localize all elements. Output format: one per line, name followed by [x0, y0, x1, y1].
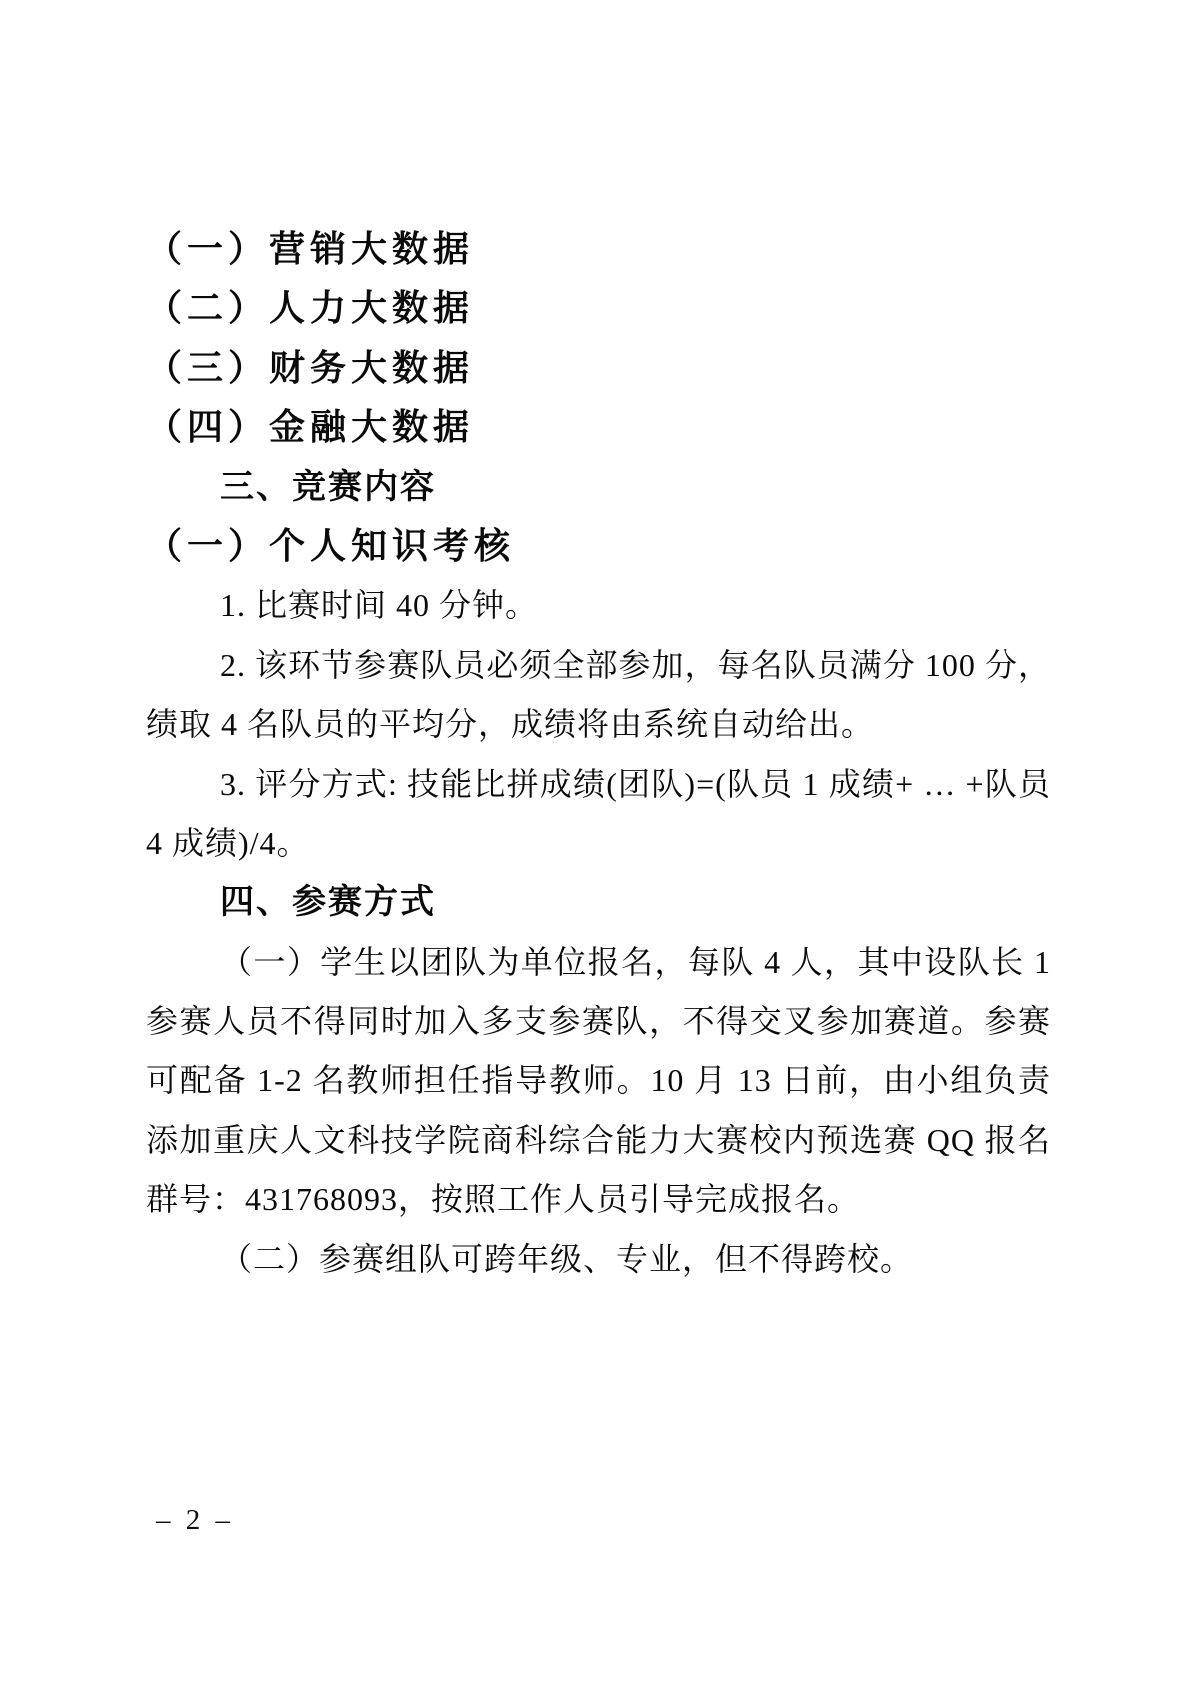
para-cross-grade-rule: （二）参赛组队可跨年级、专业，但不得跨校。 — [146, 1230, 1051, 1289]
subitem-hr-bigdata: （二）人力大数据 — [146, 279, 1051, 338]
para-scoring-rule-cont: 绩取 4 名队员的平均分，成绩将由系统自动给出。 — [146, 695, 1051, 754]
subitem-finance-bigdata: （四）金融大数据 — [146, 398, 1051, 457]
para-scoring-formula-cont: 4 成绩)/4。 — [146, 814, 1051, 873]
document-body: （一）营销大数据 （二）人力大数据 （三）财务大数据 （四）金融大数据 三、竞赛… — [146, 220, 1051, 1289]
section-heading-participation-method: 四、参赛方式 — [146, 873, 1051, 932]
page-number: – 2 – — [156, 1500, 234, 1540]
para-team-registration-cont-2: 可配备 1-2 名教师担任指导教师。10 月 13 日前，由小组负责人 — [146, 1051, 1051, 1110]
subheading-individual-knowledge-test: （一）个人知识考核 — [146, 517, 1051, 576]
para-team-registration: （一）学生以团队为单位报名，每队 4 人，其中设队长 1 名， — [146, 933, 1051, 992]
para-team-registration-cont-3: 添加重庆人文科技学院商科综合能力大赛校内预选赛 QQ 报名群， — [146, 1111, 1051, 1170]
para-qq-group-number: 群号：431768093，按照工作人员引导完成报名。 — [146, 1170, 1051, 1229]
para-match-time: 1. 比赛时间 40 分钟。 — [146, 576, 1051, 635]
section-heading-competition-content: 三、竞赛内容 — [146, 458, 1051, 517]
subitem-marketing-bigdata: （一）营销大数据 — [146, 220, 1051, 279]
subitem-accounting-bigdata: （三）财务大数据 — [146, 339, 1051, 398]
para-scoring-formula: 3. 评分方式: 技能比拼成绩(团队)=(队员 1 成绩+ … +队员 — [146, 755, 1051, 814]
para-team-registration-cont-1: 参赛人员不得同时加入多支参赛队，不得交叉参加赛道。参赛队 — [146, 992, 1051, 1051]
para-scoring-rule: 2. 该环节参赛队员必须全部参加，每名队员满分 100 分，成 — [146, 636, 1051, 695]
document-page: （一）营销大数据 （二）人力大数据 （三）财务大数据 （四）金融大数据 三、竞赛… — [0, 0, 1191, 1684]
